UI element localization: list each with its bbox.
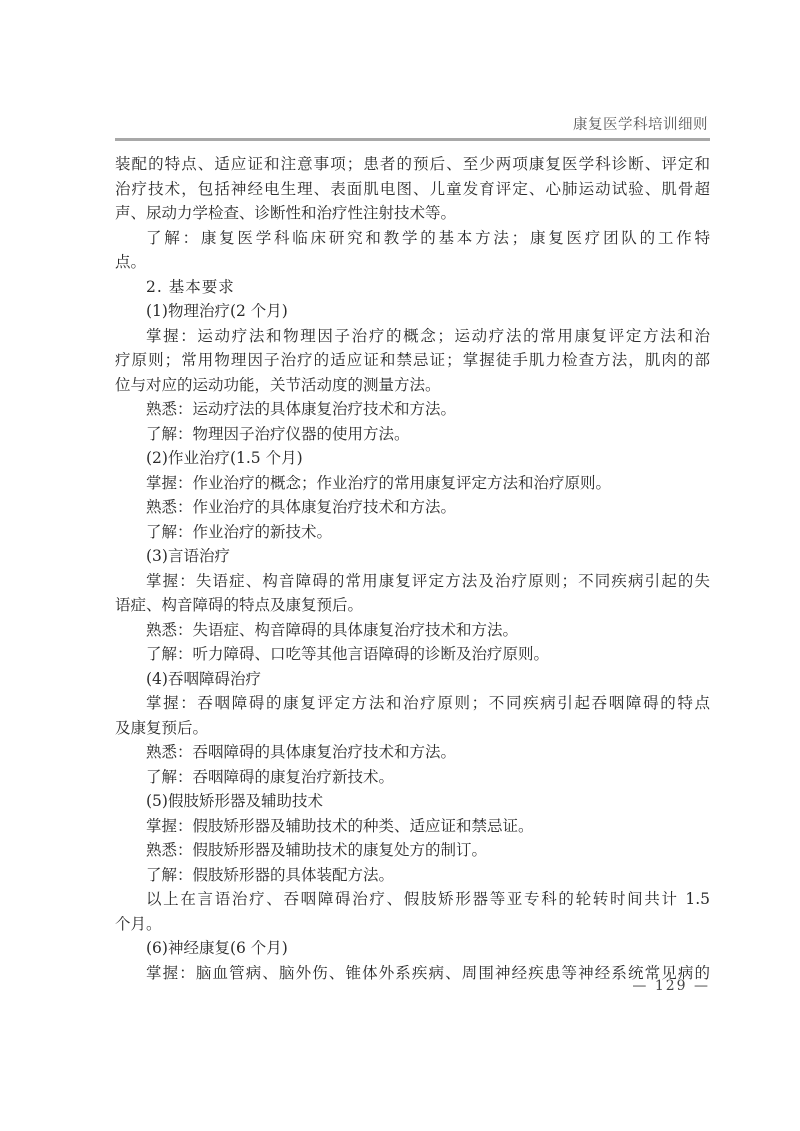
text-line: 个月。 xyxy=(115,912,710,937)
subsection-heading: (3)言语治疗 xyxy=(115,544,710,569)
subsection-heading: (1)物理治疗(2 个月) xyxy=(115,299,710,324)
text-line: 了解：作业治疗的新技术。 xyxy=(115,520,710,545)
running-header: 康复医学科培训细则 xyxy=(0,113,800,133)
section-heading: 2. 基本要求 xyxy=(115,275,710,300)
text-line: 掌握：作业治疗的概念；作业治疗的常用康复评定方法和治疗原则。 xyxy=(115,471,710,496)
text-line: 熟悉：运动疗法的具体康复治疗技术和方法。 xyxy=(115,397,710,422)
page-number: — 129 — xyxy=(632,978,710,994)
text-line: 治疗技术，包括神经电生理、表面肌电图、儿童发育评定、心肺运动试验、肌骨超 xyxy=(115,177,710,202)
text-line: 了解：听力障碍、口吃等其他言语障碍的诊断及治疗原则。 xyxy=(115,642,710,667)
text-line: 位与对应的运动功能，关节活动度的测量方法。 xyxy=(115,373,710,398)
text-line: 及康复预后。 xyxy=(115,716,710,741)
subsection-heading: (6)神经康复(6 个月) xyxy=(115,936,710,961)
text-line: 语症、构音障碍的特点及康复预后。 xyxy=(115,593,710,618)
text-line: 掌握：失语症、构音障碍的常用康复评定方法及治疗原则；不同疾病引起的失 xyxy=(115,569,710,594)
text-line: 疗原则；常用物理因子治疗的适应证和禁忌证；掌握徒手肌力检查方法，肌肉的部 xyxy=(115,348,710,373)
text-line: 熟悉：假肢矫形器及辅助技术的康复处方的制订。 xyxy=(115,838,710,863)
text-line: 掌握：脑血管病、脑外伤、锥体外系疾病、周围神经疾患等神经系统常见病的 xyxy=(115,961,710,986)
body-text: 装配的特点、适应证和注意事项；患者的预后、至少两项康复医学科诊断、评定和 治疗技… xyxy=(115,152,710,985)
text-line: 了解：物理因子治疗仪器的使用方法。 xyxy=(115,422,710,447)
text-line: 了解：康复医学科临床研究和教学的基本方法；康复医疗团队的工作特 xyxy=(115,226,710,251)
subsection-heading: (4)吞咽障碍治疗 xyxy=(115,667,710,692)
subsection-heading: (2)作业治疗(1.5 个月) xyxy=(115,446,710,471)
text-line: 了解：吞咽障碍的康复治疗新技术。 xyxy=(115,765,710,790)
text-line: 熟悉：吞咽障碍的具体康复治疗技术和方法。 xyxy=(115,740,710,765)
text-line: 掌握：吞咽障碍的康复评定方法和治疗原则；不同疾病引起吞咽障碍的特点 xyxy=(115,691,710,716)
text-line: 熟悉：失语症、构音障碍的具体康复治疗技术和方法。 xyxy=(115,618,710,643)
text-line: 掌握：运动疗法和物理因子治疗的概念；运动疗法的常用康复评定方法和治 xyxy=(115,324,710,349)
text-line: 点。 xyxy=(115,250,710,275)
text-line: 了解：假肢矫形器的具体装配方法。 xyxy=(115,863,710,888)
text-line: 以上在言语治疗、吞咽障碍治疗、假肢矫形器等亚专科的轮转时间共计 1.5 xyxy=(115,887,710,912)
header-rule xyxy=(115,138,710,141)
text-line: 装配的特点、适应证和注意事项；患者的预后、至少两项康复医学科诊断、评定和 xyxy=(115,152,710,177)
running-header-title: 康复医学科培训细则 xyxy=(573,113,708,134)
text-line: 熟悉：作业治疗的具体康复治疗技术和方法。 xyxy=(115,495,710,520)
subsection-heading: (5)假肢矫形器及辅助技术 xyxy=(115,789,710,814)
text-line: 声、尿动力学检查、诊断性和治疗性注射技术等。 xyxy=(115,201,710,226)
text-line: 掌握：假肢矫形器及辅助技术的种类、适应证和禁忌证。 xyxy=(115,814,710,839)
